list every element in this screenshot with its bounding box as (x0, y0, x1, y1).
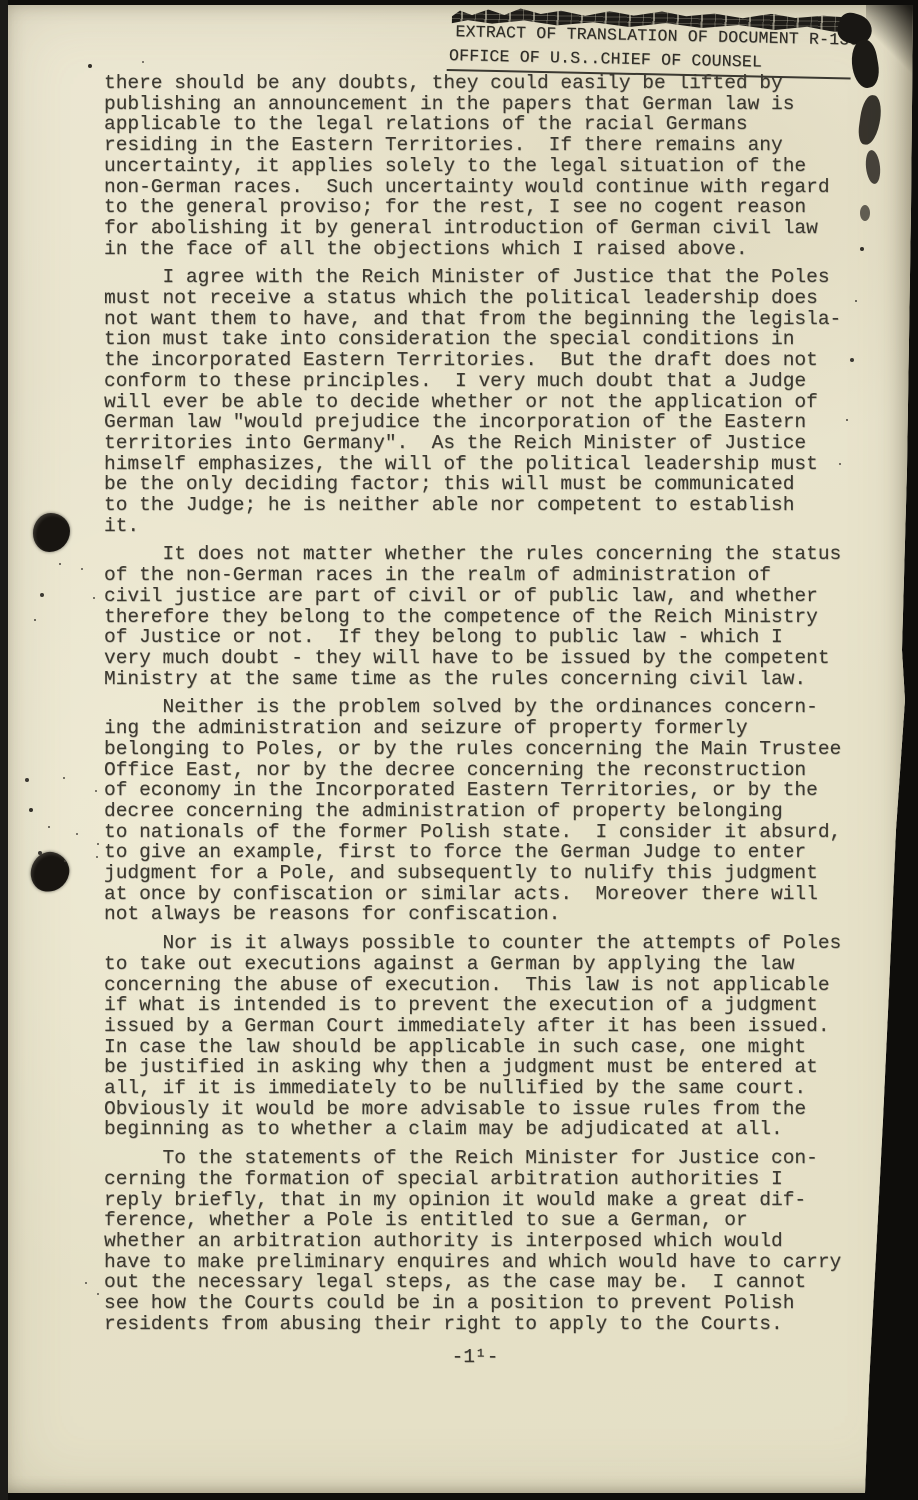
punch-hole-bottom (27, 848, 72, 895)
paragraph: I agree with the Reich Minister of Justi… (104, 267, 846, 536)
ink-blob (857, 94, 884, 146)
paragraph: Nor is it always possible to counter the… (104, 933, 846, 1140)
ink-blob (860, 205, 870, 221)
page-number: -1¹- (104, 1347, 846, 1368)
punch-hole-top (33, 513, 70, 552)
paragraph: there should be any doubts, they could e… (104, 73, 846, 259)
translation-stamp: EXTRACT OF TRANSLATION OF DOCUMENT R-139… (447, 7, 866, 80)
document-text: there should be any doubts, they could e… (104, 73, 846, 1368)
ink-blob (864, 149, 881, 184)
paragraph: It does not matter whether the rules con… (104, 544, 846, 689)
paragraph: Neither is the problem solved by the ord… (104, 697, 846, 925)
document-page: EXTRACT OF TRANSLATION OF DOCUMENT R-139… (0, 0, 918, 1500)
paragraph: To the statements of the Reich Minister … (104, 1148, 846, 1334)
scanner-background: EXTRACT OF TRANSLATION OF DOCUMENT R-139… (0, 0, 918, 1500)
dust-speckles (0, 0, 4, 4)
